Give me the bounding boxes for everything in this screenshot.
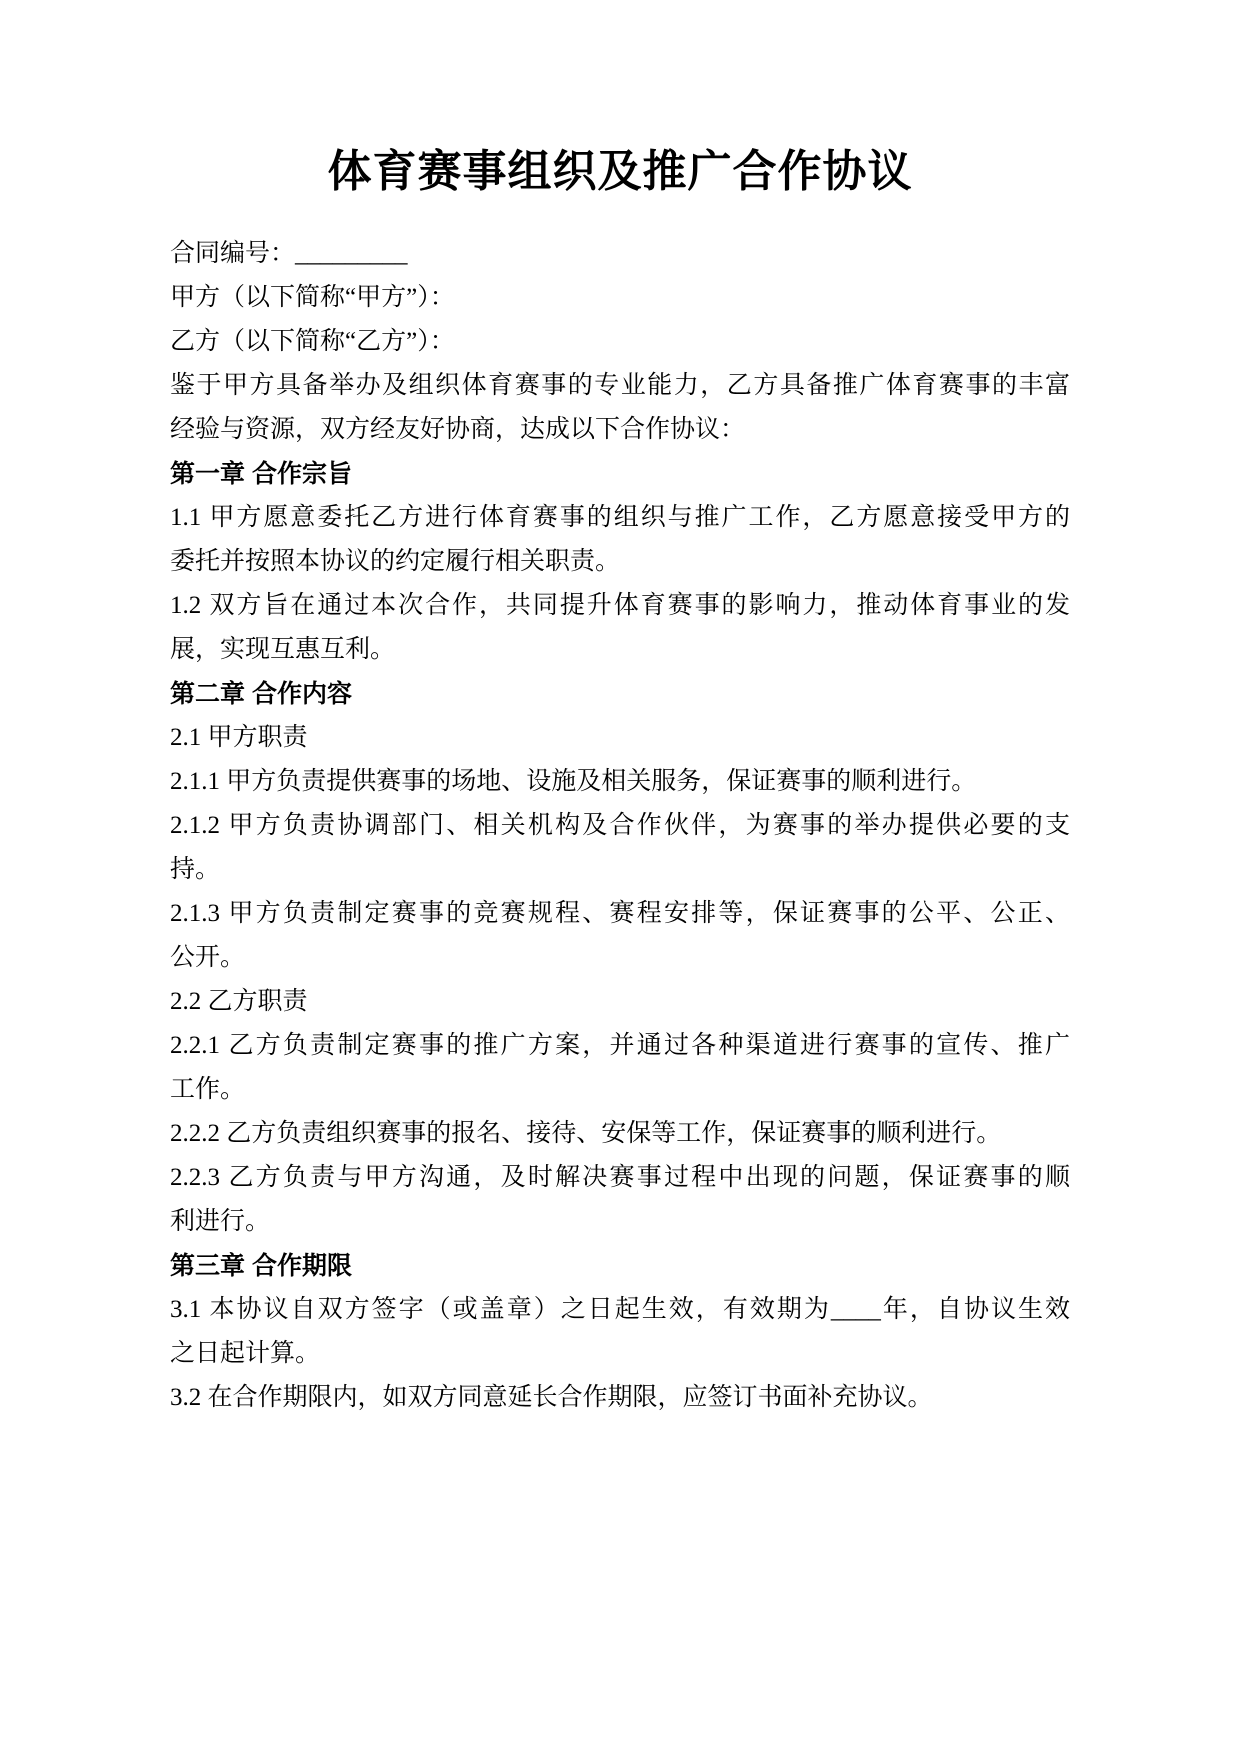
section-1-heading: 第一章 合作宗旨 [170, 452, 1070, 496]
clause-1-1-line-1: 1.1 甲方愿意委托乙方进行体育赛事的组织与推广工作，乙方愿意接受甲方的 [170, 496, 1070, 540]
party-a-line: 甲方（以下简称“甲方”）： [170, 276, 1070, 320]
clause-2-1-1-line-1: 2.1.1 甲方负责提供赛事的场地、设施及相关服务，保证赛事的顺利进行。 [170, 760, 1070, 804]
clause-2-1-2-line-1: 2.1.2 甲方负责协调部门、相关机构及合作伙伴，为赛事的举办提供必要的支 [170, 804, 1070, 848]
clause-1-2-line-1: 1.2 双方旨在通过本次合作，共同提升体育赛事的影响力，推动体育事业的发 [170, 584, 1070, 628]
document-body: 合同编号：_________ 甲方（以下简称“甲方”）： 乙方（以下简称“乙方”… [170, 232, 1070, 1420]
clause-2-2-3-line-2: 利进行。 [170, 1200, 1070, 1244]
clause-2-2-line-1: 2.2 乙方职责 [170, 980, 1070, 1024]
preamble-line-1: 鉴于甲方具备举办及组织体育赛事的专业能力，乙方具备推广体育赛事的丰富 [170, 364, 1070, 408]
document-title: 体育赛事组织及推广合作协议 [170, 140, 1070, 204]
clause-2-2-1-line-1: 2.2.1 乙方负责制定赛事的推广方案，并通过各种渠道进行赛事的宣传、推广 [170, 1024, 1070, 1068]
clause-2-2-2-line-1: 2.2.2 乙方负责组织赛事的报名、接待、安保等工作，保证赛事的顺利进行。 [170, 1112, 1070, 1156]
clause-2-1-3-line-1: 2.1.3 甲方负责制定赛事的竞赛规程、赛程安排等，保证赛事的公平、公正、 [170, 892, 1070, 936]
preamble-line-2: 经验与资源，双方经友好协商，达成以下合作协议： [170, 408, 1070, 452]
clause-2-2-1-line-2: 工作。 [170, 1068, 1070, 1112]
clause-3-1-line-2: 之日起计算。 [170, 1332, 1070, 1376]
clause-1-1-line-2: 委托并按照本协议的约定履行相关职责。 [170, 540, 1070, 584]
document-page: 体育赛事组织及推广合作协议 合同编号：_________ 甲方（以下简称“甲方”… [0, 0, 1240, 1753]
clause-2-1-3-line-2: 公开。 [170, 936, 1070, 980]
clause-2-1-2-line-2: 持。 [170, 848, 1070, 892]
party-b-line: 乙方（以下简称“乙方”）： [170, 320, 1070, 364]
section-2-heading: 第二章 合作内容 [170, 672, 1070, 716]
clause-2-1-line-1: 2.1 甲方职责 [170, 716, 1070, 760]
clause-2-2-3-line-1: 2.2.3 乙方负责与甲方沟通，及时解决赛事过程中出现的问题，保证赛事的顺 [170, 1156, 1070, 1200]
clause-3-1-line-1: 3.1 本协议自双方签字（或盖章）之日起生效，有效期为____年，自协议生效 [170, 1288, 1070, 1332]
contract-number-line: 合同编号：_________ [170, 232, 1070, 276]
clause-3-2-line-1: 3.2 在合作期限内，如双方同意延长合作期限，应签订书面补充协议。 [170, 1376, 1070, 1420]
section-3-heading: 第三章 合作期限 [170, 1244, 1070, 1288]
clause-1-2-line-2: 展，实现互惠互利。 [170, 628, 1070, 672]
